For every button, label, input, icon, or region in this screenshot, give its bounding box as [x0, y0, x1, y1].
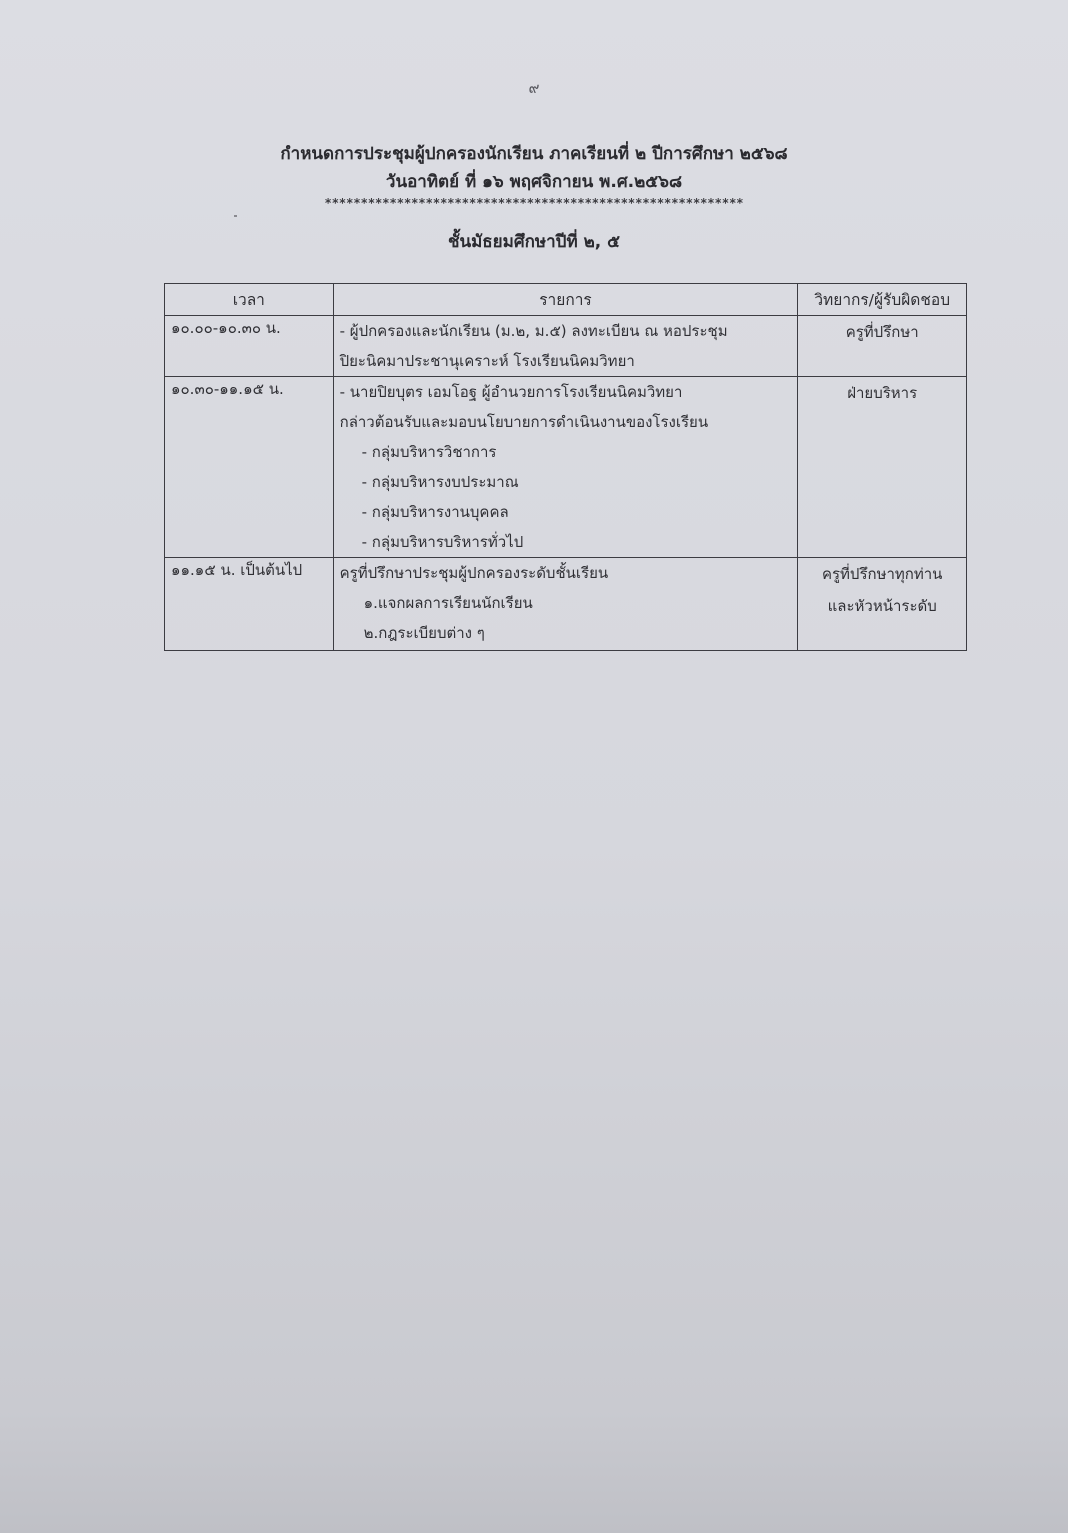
- responsible-cell: ครูที่ปรึกษาทุกท่าน และหัวหน้าระดับ: [798, 558, 967, 651]
- sub-item: - กลุ่มบริหารวิชาการ: [340, 437, 792, 467]
- document-date: วันอาทิตย์ ที่ ๑๖ พฤศจิกายน พ.ศ.๒๕๖๘: [0, 168, 1068, 195]
- document-subtitle: ชั้นมัธยมศึกษาปีที่ ๒, ๕: [0, 228, 1068, 255]
- table-row: ๑๐.๐๐-๑๐.๓๐ น. - ผู้ปกครองและนักเรียน (ม…: [165, 316, 967, 377]
- sub-item: ๒.กฎระเบียบต่าง ๆ: [340, 618, 792, 648]
- header-responsible: วิทยากร/ผู้รับผิดชอบ: [798, 284, 967, 316]
- sub-item: ๑.แจกผลการเรียนนักเรียน: [340, 588, 792, 618]
- item-cell: - ผู้ปกครองและนักเรียน (ม.๒, ม.๕) ลงทะเบ…: [333, 316, 798, 377]
- time-cell: ๑๐.๓๐-๑๑.๑๕ น.: [165, 377, 334, 558]
- responsible-cell: ครูที่ปรึกษา: [798, 316, 967, 377]
- time-cell: ๑๐.๐๐-๑๐.๓๐ น.: [165, 316, 334, 377]
- table-row: ๑๑.๑๕ น. เป็นต้นไป ครูที่ปรึกษาประชุมผู้…: [165, 558, 967, 651]
- item-line: - ผู้ปกครองและนักเรียน (ม.๒, ม.๕) ลงทะเบ…: [340, 316, 792, 346]
- header-time: เวลา: [165, 284, 334, 316]
- table-header-row: เวลา รายการ วิทยากร/ผู้รับผิดชอบ: [165, 284, 967, 316]
- schedule-table: เวลา รายการ วิทยากร/ผู้รับผิดชอบ ๑๐.๐๐-๑…: [164, 283, 967, 651]
- separator-line: ****************************************…: [0, 196, 1068, 210]
- responsible-line: ครูที่ปรึกษา: [804, 316, 960, 348]
- sub-item: - กลุ่มบริหารงบประมาณ: [340, 467, 792, 497]
- item-line: ครูที่ปรึกษาประชุมผู้ปกครองระดับชั้นเรีย…: [340, 558, 792, 588]
- responsible-line: ฝ่ายบริหาร: [804, 377, 960, 409]
- sub-item: - กลุ่มบริหารงานบุคคล: [340, 497, 792, 527]
- item-cell: ครูที่ปรึกษาประชุมผู้ปกครองระดับชั้นเรีย…: [333, 558, 798, 651]
- responsible-line: ครูที่ปรึกษาทุกท่าน: [804, 558, 960, 590]
- responsible-line: และหัวหน้าระดับ: [804, 590, 960, 622]
- item-line: ปิยะนิคมาประชานุเคราะห์ โรงเรียนนิคมวิทย…: [340, 346, 792, 376]
- sub-item: - กลุ่มบริหารบริหารทั่วไป: [340, 527, 792, 557]
- time-cell: ๑๑.๑๕ น. เป็นต้นไป: [165, 558, 334, 651]
- document-title: กำหนดการประชุมผู้ปกครองนักเรียน ภาคเรียน…: [0, 140, 1068, 167]
- scan-speck: [234, 215, 237, 217]
- item-cell: - นายปิยบุตร เอมโอฐ ผู้อำนวยการโรงเรียนน…: [333, 377, 798, 558]
- page-number: ๙: [0, 76, 1068, 100]
- header-item: รายการ: [333, 284, 798, 316]
- item-line: กล่าวต้อนรับและมอบนโยบายการดำเนินงานของโ…: [340, 407, 792, 437]
- table-row: ๑๐.๓๐-๑๑.๑๕ น. - นายปิยบุตร เอมโอฐ ผู้อำ…: [165, 377, 967, 558]
- item-line: - นายปิยบุตร เอมโอฐ ผู้อำนวยการโรงเรียนน…: [340, 377, 792, 407]
- responsible-cell: ฝ่ายบริหาร: [798, 377, 967, 558]
